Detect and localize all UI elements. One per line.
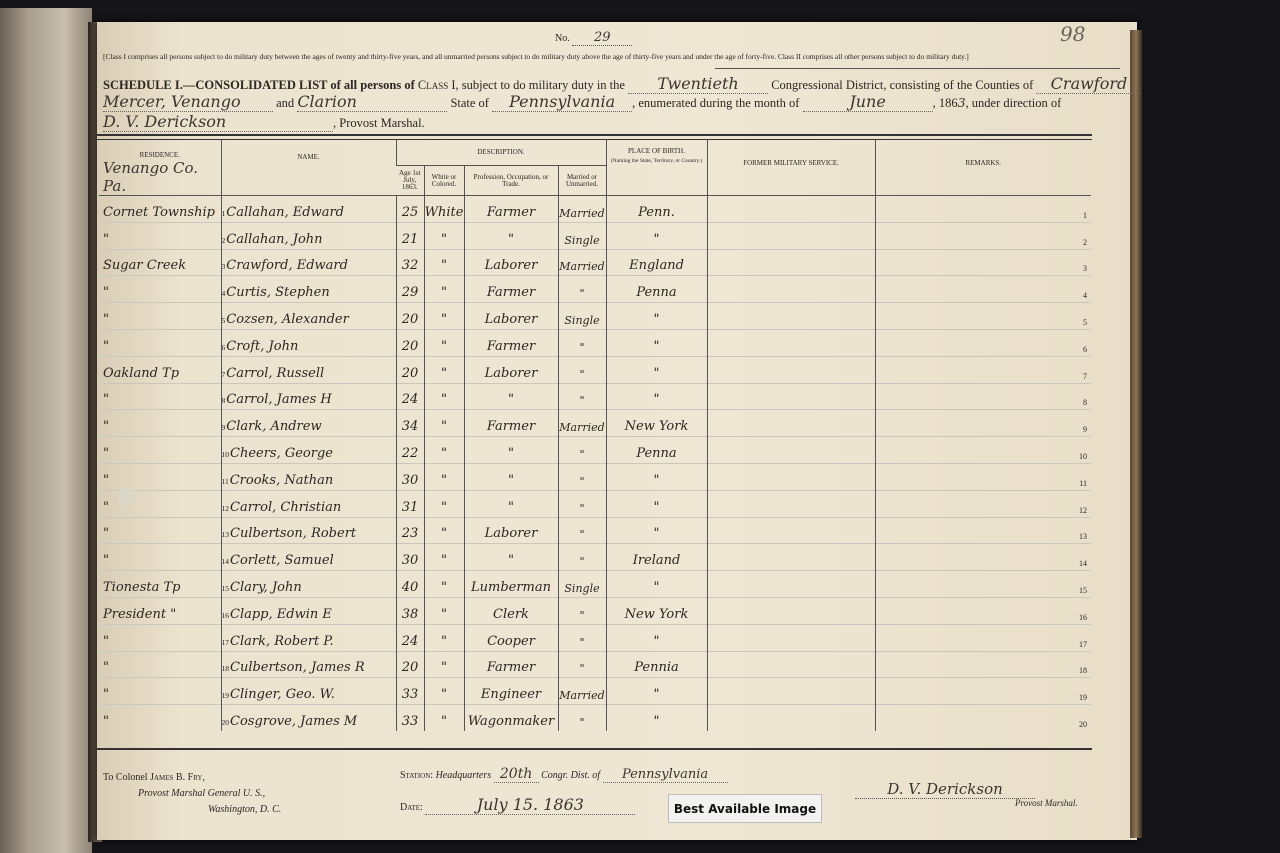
marital-cell: Single	[558, 222, 606, 249]
age-cell: 20	[396, 329, 424, 356]
remarks-cell: 18	[875, 651, 1091, 678]
birthplace-cell: "	[606, 571, 707, 598]
col-description-header: DESCRIPTION.	[396, 139, 606, 166]
age-cell: 34	[396, 410, 424, 437]
row-number: 7	[222, 370, 226, 379]
person-name: Clary, John	[230, 580, 302, 595]
marshal-label: , Provost Marshal.	[333, 116, 425, 130]
person-name: Clark, Robert P.	[230, 634, 334, 649]
provost-marshal-label: Provost Marshal.	[1015, 798, 1078, 808]
remarks-cell: 5	[875, 303, 1091, 330]
row-number: 19	[222, 691, 230, 700]
date-label: Date:	[400, 802, 423, 813]
age-cell: 38	[396, 597, 424, 624]
occupation-cell: "	[464, 544, 558, 571]
row-number: 17	[222, 638, 230, 647]
row-number: 12	[222, 504, 230, 513]
occupation-cell: "	[464, 383, 558, 410]
birthplace-cell: "	[606, 624, 707, 651]
former-service-cell	[707, 597, 875, 624]
person-name: Callahan, John	[226, 232, 322, 247]
col-color-header: White or Colored.	[424, 166, 464, 196]
person-name: Culbertson, James R	[230, 660, 365, 675]
former-service-cell	[707, 571, 875, 598]
col-profession-header: Profession, Occupation, or Trade.	[464, 166, 558, 196]
marital-cell: "	[558, 544, 606, 571]
row-number: 1	[222, 209, 226, 218]
name-cell: 18Culbertson, James R	[221, 651, 396, 678]
col-name-header: NAME.	[221, 139, 396, 196]
marital-cell: Single	[558, 571, 606, 598]
schedule-prefix: SCHEDULE I.—CONSOLIDATED LIST of all per…	[103, 78, 415, 92]
age-cell: 22	[396, 437, 424, 464]
age-cell: 24	[396, 624, 424, 651]
residence-cell: "	[99, 410, 221, 437]
former-service-cell	[707, 356, 875, 383]
county-1-field: Crawford	[1036, 74, 1141, 94]
schedule-line-2: Mercer, Venango and Clarion State of Pen…	[103, 92, 1061, 112]
row-number: 10	[222, 450, 230, 459]
color-cell: "	[424, 276, 464, 303]
former-service-cell	[707, 303, 875, 330]
occupation-cell: Farmer	[464, 410, 558, 437]
person-name: Curtis, Stephen	[226, 285, 329, 300]
date-line: Date: July 15. 1863	[400, 795, 635, 815]
row-number: 13	[222, 530, 230, 539]
row-number: 5	[222, 316, 226, 325]
marital-cell: "	[558, 329, 606, 356]
corner-page-number: 98	[1060, 22, 1085, 46]
marital-cell: Married	[558, 678, 606, 705]
table-row: " 17Clark, Robert P. 24 " Cooper " " 17	[99, 624, 1091, 651]
table-row: " 19Clinger, Geo. W. 33 " Engineer Marri…	[99, 678, 1091, 705]
marshal-name-field: D. V. Derickson	[103, 112, 333, 132]
footer-rule	[97, 748, 1092, 750]
remarks-cell: 9	[875, 410, 1091, 437]
occupation-cell: Farmer	[464, 651, 558, 678]
person-name: Crawford, Edward	[226, 258, 348, 273]
remarks-cell: 13	[875, 517, 1091, 544]
name-cell: 9Clark, Andrew	[221, 410, 396, 437]
table-row: President " 16Clapp, Edwin E 38 " Clerk …	[99, 597, 1091, 624]
name-cell: 6Croft, John	[221, 329, 396, 356]
row-number: 14	[222, 557, 230, 566]
occupation-cell: Engineer	[464, 678, 558, 705]
date-field: July 15. 1863	[425, 795, 635, 815]
birthplace-cell: "	[606, 329, 707, 356]
row-number: 18	[222, 664, 230, 673]
color-cell: "	[424, 410, 464, 437]
name-cell: 15Clary, John	[221, 571, 396, 598]
occupation-cell: Farmer	[464, 276, 558, 303]
row-number: 15	[222, 584, 230, 593]
row-number: 16	[222, 611, 230, 620]
name-cell: 13Culbertson, Robert	[221, 517, 396, 544]
to-name: James B. Fry,	[150, 772, 205, 783]
birthplace-cell: "	[606, 678, 707, 705]
schedule-class: Class I	[418, 78, 456, 92]
state-field: Pennsylvania	[492, 92, 632, 112]
color-cell: "	[424, 222, 464, 249]
rule-divider	[715, 68, 1120, 69]
occupation-cell: Clerk	[464, 597, 558, 624]
residence-cell: "	[99, 222, 221, 249]
table-row: " 12Carrol, Christian 31 " " " " 12	[99, 490, 1091, 517]
former-service-cell	[707, 196, 875, 223]
age-cell: 25	[396, 196, 424, 223]
occupation-cell: Farmer	[464, 196, 558, 223]
birthplace-cell: New York	[606, 410, 707, 437]
occupation-cell: Laborer	[464, 303, 558, 330]
occupation-cell: "	[464, 222, 558, 249]
person-name: Carrol, Russell	[226, 366, 324, 381]
age-cell: 20	[396, 303, 424, 330]
marital-cell: "	[558, 624, 606, 651]
page-edge	[1130, 30, 1142, 838]
residence-cell: "	[99, 383, 221, 410]
station-congr: Congr. Dist. of	[541, 770, 600, 781]
name-cell: 17Clark, Robert P.	[221, 624, 396, 651]
person-name: Carrol, Christian	[230, 500, 341, 515]
best-available-image-badge: Best Available Image	[668, 794, 822, 823]
col-former-service-header: FORMER MILITARY SERVICE.	[707, 139, 875, 196]
name-cell: 14Corlett, Samuel	[221, 544, 396, 571]
residence-cell: Tionesta Tp	[99, 571, 221, 598]
table-row: " 5Cozsen, Alexander 20 " Laborer Single…	[99, 303, 1091, 330]
residence-cell: "	[99, 437, 221, 464]
person-name: Crooks, Nathan	[230, 473, 333, 488]
table-row: " 18Culbertson, James R 20 " Farmer " Pe…	[99, 651, 1091, 678]
person-name: Clark, Andrew	[226, 419, 321, 434]
and-text: and	[276, 96, 294, 110]
occupation-cell: "	[464, 490, 558, 517]
residence-cell: "	[99, 624, 221, 651]
residence-cell: "	[99, 651, 221, 678]
person-name: Corlett, Samuel	[230, 553, 334, 568]
name-cell: 3Crawford, Edward	[221, 249, 396, 276]
color-cell: "	[424, 597, 464, 624]
birthplace-cell: "	[606, 517, 707, 544]
remarks-cell: 16	[875, 597, 1091, 624]
row-number: 20	[222, 718, 230, 727]
age-cell: 33	[396, 678, 424, 705]
person-name: Carrol, James H	[226, 392, 332, 407]
col-age-header: Age 1st July, 1863.	[396, 166, 424, 196]
table-row: " 9Clark, Andrew 34 " Farmer Married New…	[99, 410, 1091, 437]
occupation-cell: Lumberman	[464, 571, 558, 598]
form-number: No. 29	[555, 30, 632, 46]
birthplace-cell: Penn.	[606, 196, 707, 223]
name-cell: 19Clinger, Geo. W.	[221, 678, 396, 705]
row-number: 9	[222, 423, 226, 432]
table-row: " 2Callahan, John 21 " " Single " 2	[99, 222, 1091, 249]
color-cell: "	[424, 678, 464, 705]
remarks-cell: 2	[875, 222, 1091, 249]
col-remarks-header: REMARKS.	[875, 139, 1091, 196]
color-cell: "	[424, 329, 464, 356]
birthplace-cell: "	[606, 463, 707, 490]
county-3-field: Clarion	[297, 92, 447, 112]
color-cell: "	[424, 517, 464, 544]
marital-cell: "	[558, 651, 606, 678]
residence-cell: Sugar Creek	[99, 249, 221, 276]
occupation-cell: Farmer	[464, 329, 558, 356]
marital-cell: "	[558, 383, 606, 410]
row-number: 11	[222, 477, 229, 486]
residence-cell: "	[99, 303, 221, 330]
age-cell: 24	[396, 383, 424, 410]
table-row: " 14Corlett, Samuel 30 " " " Ireland 14	[99, 544, 1091, 571]
remarks-cell: 12	[875, 490, 1091, 517]
birthplace-cell: "	[606, 490, 707, 517]
residence-cell: Oakland Tp	[99, 356, 221, 383]
occupation-cell: Laborer	[464, 517, 558, 544]
birthplace-cell: Penna	[606, 276, 707, 303]
color-cell: "	[424, 705, 464, 732]
marital-cell: Married	[558, 196, 606, 223]
person-name: Clinger, Geo. W.	[230, 687, 335, 702]
marital-cell: "	[558, 597, 606, 624]
birthplace-cell: "	[606, 383, 707, 410]
residence-cell: "	[99, 276, 221, 303]
remarks-cell: 4	[875, 276, 1091, 303]
to-label: To Colonel	[103, 772, 148, 783]
table-row: Oakland Tp 7Carrol, Russell 20 " Laborer…	[99, 356, 1091, 383]
table-row: Sugar Creek 3Crawford, Edward 32 " Labor…	[99, 249, 1091, 276]
col-residence-header: RESIDENCE. Venango Co. Pa.	[99, 139, 221, 196]
remarks-cell: 1	[875, 196, 1091, 223]
age-cell: 30	[396, 463, 424, 490]
state-label: State of	[450, 96, 489, 110]
remarks-cell: 11	[875, 463, 1091, 490]
color-cell: "	[424, 303, 464, 330]
color-cell: "	[424, 356, 464, 383]
residence-cell: "	[99, 329, 221, 356]
age-cell: 31	[396, 490, 424, 517]
to-title: Provost Marshal General U. S.,	[103, 786, 281, 802]
color-cell: "	[424, 463, 464, 490]
table-row: " 11Crooks, Nathan 30 " " " " 11	[99, 463, 1091, 490]
row-number: 3	[222, 262, 226, 271]
age-cell: 21	[396, 222, 424, 249]
marital-cell: "	[558, 517, 606, 544]
former-service-cell	[707, 624, 875, 651]
row-number: 6	[222, 343, 226, 352]
name-cell: 16Clapp, Edwin E	[221, 597, 396, 624]
age-cell: 32	[396, 249, 424, 276]
person-name: Culbertson, Robert	[230, 526, 356, 541]
birthplace-cell: "	[606, 222, 707, 249]
former-service-cell	[707, 517, 875, 544]
residence-cell: "	[99, 517, 221, 544]
remarks-cell: 6	[875, 329, 1091, 356]
name-cell: 1Callahan, Edward	[221, 196, 396, 223]
former-service-cell	[707, 249, 875, 276]
col-birthplace-header: PLACE OF BIRTH. (Naming the State, Terri…	[606, 139, 707, 196]
name-cell: 12Carrol, Christian	[221, 490, 396, 517]
col-married-header: Married or Unmarried.	[558, 166, 606, 196]
schedule-line-1: SCHEDULE I.—CONSOLIDATED LIST of all per…	[103, 74, 1141, 94]
remarks-cell: 20	[875, 705, 1091, 732]
remarks-cell: 8	[875, 383, 1091, 410]
occupation-cell: Wagonmaker	[464, 705, 558, 732]
table-row: Cornet Township 1Callahan, Edward 25 Whi…	[99, 196, 1091, 223]
form-number-value: 29	[572, 30, 632, 46]
former-service-cell	[707, 276, 875, 303]
station-state-field: Pennsylvania	[603, 767, 728, 783]
former-service-cell	[707, 329, 875, 356]
marital-cell: "	[558, 276, 606, 303]
schedule-line-3: D. V. Derickson, Provost Marshal.	[103, 112, 425, 132]
former-service-cell	[707, 705, 875, 732]
marital-cell: "	[558, 356, 606, 383]
name-cell: 7Carrol, Russell	[221, 356, 396, 383]
age-cell: 20	[396, 356, 424, 383]
name-cell: 20Cosgrove, James M	[221, 705, 396, 732]
month-field: June	[803, 92, 933, 112]
station-label: Station:	[400, 770, 433, 781]
residence-county-note: Venango Co. Pa.	[99, 159, 221, 195]
birthplace-cell: Ireland	[606, 544, 707, 571]
former-service-cell	[707, 463, 875, 490]
remarks-cell: 17	[875, 624, 1091, 651]
station-hq: Headquarters	[436, 770, 492, 781]
occupation-cell: "	[464, 437, 558, 464]
enumerated-label: , enumerated during the month of	[632, 96, 799, 110]
remarks-cell: 19	[875, 678, 1091, 705]
person-name: Cozsen, Alexander	[226, 312, 349, 327]
district-ordinal-field: Twentieth	[628, 74, 768, 94]
marital-cell: Married	[558, 249, 606, 276]
residence-cell: Cornet Township	[99, 196, 221, 223]
table-row: Tionesta Tp 15Clary, John 40 " Lumberman…	[99, 571, 1091, 598]
age-cell: 23	[396, 517, 424, 544]
name-cell: 11Crooks, Nathan	[221, 463, 396, 490]
marital-cell: Married	[558, 410, 606, 437]
direction-label: , under direction of	[966, 96, 1062, 110]
name-cell: 2Callahan, John	[221, 222, 396, 249]
left-facing-page	[0, 8, 92, 853]
remarks-cell: 15	[875, 571, 1091, 598]
residence-cell: President "	[99, 597, 221, 624]
residence-cell: "	[99, 544, 221, 571]
row-number: 2	[222, 236, 226, 245]
former-service-cell	[707, 437, 875, 464]
occupation-cell: "	[464, 463, 558, 490]
remarks-cell: 7	[875, 356, 1091, 383]
birthplace-cell: Penna	[606, 437, 707, 464]
marital-cell: Single	[558, 303, 606, 330]
table-row: " 20Cosgrove, James M 33 " Wagonmaker " …	[99, 705, 1091, 732]
color-cell: "	[424, 651, 464, 678]
row-number: 8	[222, 396, 226, 405]
remarks-cell: 14	[875, 544, 1091, 571]
occupation-cell: Laborer	[464, 356, 558, 383]
year-digit: 3	[958, 95, 966, 110]
former-service-cell	[707, 651, 875, 678]
residence-cell: "	[99, 705, 221, 732]
birthplace-cell: Pennia	[606, 651, 707, 678]
former-service-cell	[707, 410, 875, 437]
to-place: Washington, D. C.	[103, 802, 281, 818]
birthplace-cell: "	[606, 705, 707, 732]
person-name: Cheers, George	[230, 446, 333, 461]
station-line: Station: Headquarters 20th Congr. Dist. …	[400, 766, 728, 783]
color-cell: "	[424, 383, 464, 410]
birthplace-cell: England	[606, 249, 707, 276]
year-prefix: , 186	[933, 96, 958, 110]
occupation-cell: Cooper	[464, 624, 558, 651]
county-2-field: Mercer, Venango	[103, 92, 273, 112]
marital-cell: "	[558, 490, 606, 517]
table-row: " 13Culbertson, Robert 23 " Laborer " " …	[99, 517, 1091, 544]
residence-cell: "	[99, 678, 221, 705]
schedule-mid: , subject to do military duty in the	[456, 78, 625, 92]
remarks-cell: 3	[875, 249, 1091, 276]
table-row: " 4Curtis, Stephen 29 " Farmer " Penna 4	[99, 276, 1091, 303]
residence-cell: "	[99, 463, 221, 490]
station-district-field: 20th	[494, 766, 539, 783]
birthplace-cell: New York	[606, 597, 707, 624]
former-service-cell	[707, 490, 875, 517]
residence-header-label: RESIDENCE.	[99, 151, 221, 159]
form-number-label: No.	[555, 33, 570, 44]
marital-cell: "	[558, 437, 606, 464]
district-suffix: Congressional District, consisting of th…	[771, 78, 1033, 92]
birthplace-header-note: (Naming the State, Territory, or Country…	[607, 158, 707, 164]
birthplace-cell: "	[606, 303, 707, 330]
former-service-cell	[707, 544, 875, 571]
addressee-block: To Colonel James B. Fry, Provost Marshal…	[103, 770, 281, 818]
color-cell: "	[424, 624, 464, 651]
color-cell: "	[424, 490, 464, 517]
age-cell: 30	[396, 544, 424, 571]
occupation-cell: Laborer	[464, 249, 558, 276]
ledger-table: RESIDENCE. Venango Co. Pa. NAME. DESCRIP…	[99, 139, 1091, 731]
age-cell: 33	[396, 705, 424, 732]
age-cell: 29	[396, 276, 424, 303]
class-note: [Class I comprises all persons subject t…	[103, 52, 1128, 61]
person-name: Cosgrove, James M	[230, 714, 357, 729]
person-name: Callahan, Edward	[226, 205, 344, 220]
color-cell: "	[424, 571, 464, 598]
color-cell: "	[424, 437, 464, 464]
remarks-cell: 10	[875, 437, 1091, 464]
former-service-cell	[707, 222, 875, 249]
table-row: " 10Cheers, George 22 " " " Penna 10	[99, 437, 1091, 464]
row-number: 4	[222, 289, 226, 298]
age-cell: 20	[396, 651, 424, 678]
marital-cell: "	[558, 463, 606, 490]
former-service-cell	[707, 383, 875, 410]
former-service-cell	[707, 678, 875, 705]
signature-field: D. V. Derickson	[855, 780, 1035, 799]
ink-stamp-mark	[118, 488, 136, 506]
name-cell: 5Cozsen, Alexander	[221, 303, 396, 330]
person-name: Croft, John	[226, 339, 298, 354]
person-name: Clapp, Edwin E	[230, 607, 332, 622]
color-cell: "	[424, 249, 464, 276]
name-cell: 10Cheers, George	[221, 437, 396, 464]
marital-cell: "	[558, 705, 606, 732]
birthplace-header-label: PLACE OF BIRTH.	[607, 147, 707, 155]
table-row: " 8Carrol, James H 24 " " " " 8	[99, 383, 1091, 410]
birthplace-cell: "	[606, 356, 707, 383]
name-cell: 4Curtis, Stephen	[221, 276, 396, 303]
color-cell: "	[424, 544, 464, 571]
table-row: " 6Croft, John 20 " Farmer " " 6	[99, 329, 1091, 356]
age-cell: 40	[396, 571, 424, 598]
